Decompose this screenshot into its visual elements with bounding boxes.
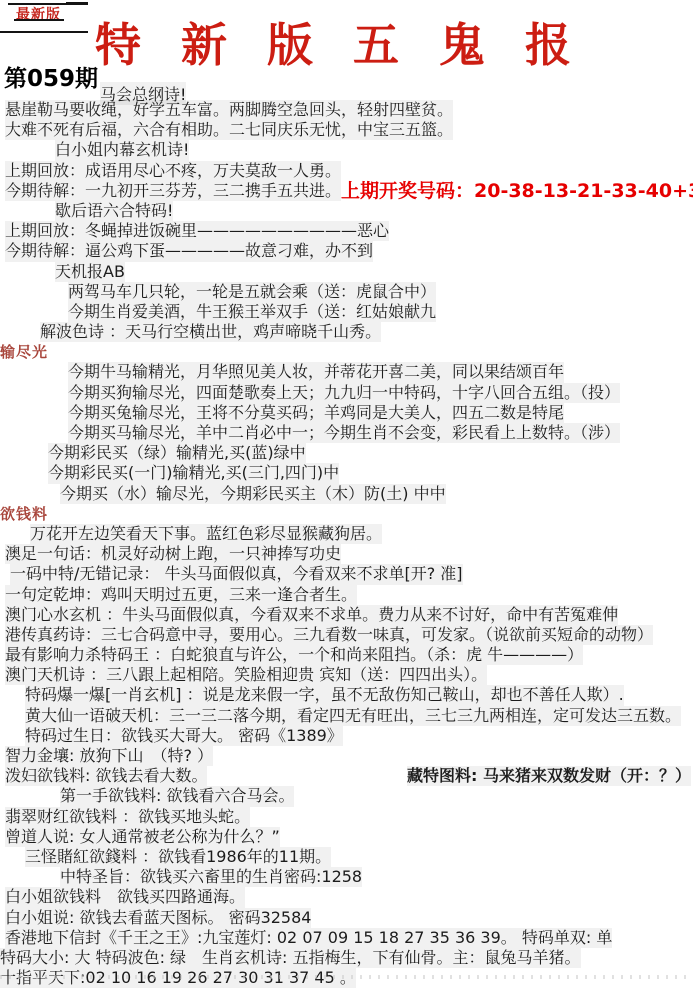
- line-text: 欲钱料: [0, 504, 48, 524]
- line-text: 今期彩民买(一门)输精光,买(三门,四门)中: [48, 463, 339, 483]
- text-line: 翡翠财红欲钱料 ：欲钱买地头蛇。: [0, 807, 693, 827]
- text-line: 特码过生日：欲钱买大哥大。 密码《1389》: [0, 726, 693, 746]
- line-text: 今期买狗输尽光，四面楚歌奏上天；九九归一中特码，十字八回合五组。（投）: [68, 383, 620, 403]
- line-text: 一句定乾坤：鸡叫天明过五更，三来一逢合者生。: [5, 585, 357, 605]
- text-line: 白小姐说: 欲钱去看蓝天图标。 密码32584: [0, 908, 693, 928]
- line-text: 一码中特/无错记录： 牛头马面假似真，今看双来不求单[开? 准]: [10, 564, 463, 584]
- line-text: 特码爆一爆[一肖玄机] ：说是龙来假一字，虽不无敌伤知己鞍山，却也不善任人欺）.: [25, 685, 624, 705]
- line-text: 今期买马输尽光，羊中二肖必中一；今期生肖不会变，彩民看上上数特。（涉）: [68, 423, 620, 443]
- text-line: 今期待解：逼公鸡下蛋—————故意刁难，办不到: [0, 241, 693, 261]
- section-label-shujinguang: 输尽光: [0, 342, 693, 362]
- line-text: 黄大仙一语破天机：三一三二落今期，看定四无有旺出，三七三九两相连，定可发达三五数…: [25, 706, 681, 726]
- edition-label: 最新版: [16, 4, 61, 24]
- text-line: 今期彩民买（绿）输精光,买(蓝)绿中: [0, 443, 693, 463]
- content-body: 悬崖勒马要收绳，好学五车富。两脚腾空急回头，轻射四壁贫。 大难不死有后福，六合有…: [0, 100, 693, 988]
- line-text: 今期买兔输尽光，王将不分莫买码；羊鸡同是大美人，四五二数是特尾: [68, 403, 564, 423]
- line-text: 特码过生日：欲钱买大哥大。 密码《1389》: [25, 726, 343, 746]
- text-line: 一句定乾坤：鸡叫天明过五更，三来一逢合者生。: [0, 585, 693, 605]
- line-text: 上期回放：冬蝇掉进饭碗里——————————恶心: [5, 221, 389, 241]
- text-line: 今期彩民买(一门)输精光,买(三门,四门)中: [0, 463, 693, 483]
- text-line: 上期回放：冬蝇掉进饭碗里——————————恶心: [0, 221, 693, 241]
- section-label-yuqianliao: 欲钱料: [0, 504, 693, 524]
- text-line: 特码大小: 大 特码波色: 绿 生肖玄机诗: 五指梅生，下有仙骨。主：鼠兔马羊猪…: [0, 948, 693, 968]
- text-line: 最有影响力杀特码王 ：白蛇狼直与许公，一个和尚来阻挡。（杀：虎 牛————）: [0, 645, 693, 665]
- text-line: 白小姐内幕玄机诗!: [0, 140, 693, 160]
- text-line: 澳足一句话：机灵好动树上跑，一只神捧写功史: [0, 544, 693, 564]
- text-line: 白小姐欲钱料 欲钱买四路通海。: [0, 887, 693, 907]
- line-text: 智力金壤: 放狗下山 （特? ）: [5, 746, 213, 766]
- text-line: 今期买马输尽光，羊中二肖必中一；今期生肖不会变，彩民看上上数特。（涉）: [0, 423, 693, 443]
- line-text: 歇后语六合特码!: [55, 201, 173, 221]
- text-line: 今期生肖爱美酒，牛王猴王举双手（送：红姑娘献九: [0, 302, 693, 322]
- text-line: 两驾马车几只轮，一轮是五就会乘（送：虎鼠合中）: [0, 282, 693, 302]
- text-line: 今期买兔输尽光，王将不分莫买码；羊鸡同是大美人，四五二数是特尾: [0, 403, 693, 423]
- masthead: 最新版 特新版五鬼报 第059期 马会总纲诗!: [0, 0, 693, 100]
- line-text: 最有影响力杀特码王 ：白蛇狼直与许公，一个和尚来阻挡。（杀：虎 牛————）: [5, 645, 583, 665]
- line-text: 第一手欲钱料: 欲钱看六合马会。: [60, 786, 294, 806]
- text-line: 香港地下信封《千王之王》:九宝莲灯: 02 07 09 15 18 27 35 …: [0, 928, 693, 948]
- line-text: 中特圣旨：欲钱买六畜里的生肖密码:1258: [60, 867, 362, 887]
- line-text: 解波色诗 ：天马行空横出世，鸡声啼晓千山秀。: [40, 322, 381, 342]
- scan-artifact-strip: [0, 975, 693, 979]
- text-line: 今期牛马输精光，月华照见美人妆，并蒂花开喜二美，同以果结颂百年: [0, 362, 693, 382]
- text-line: 黄大仙一语破天机：三一三二落今期，看定四无有旺出，三七三九两相连，定可发达三五数…: [0, 706, 693, 726]
- text-line: 今期待解：一九初开三芬芳，三二携手五共进。 上期开奖号码：20-38-13-21…: [0, 181, 693, 201]
- text-line: 万花开左边笑看天下事。蓝红色彩尽显猴藏狗居。: [0, 524, 693, 544]
- line-text: 今期牛马输精光，月华照见美人妆，并蒂花开喜二美，同以果结颂百年: [68, 362, 564, 382]
- text-line: 特码爆一爆[一肖玄机] ：说是龙来假一字，虽不无敌伤知己鞍山，却也不善任人欺）.: [0, 685, 693, 705]
- line-text: 今期彩民买（绿）输精光,买(蓝)绿中: [48, 443, 306, 463]
- text-line: 澳门天机诗 ：三八跟上起相陪。笑脸相迎贵 宾知（送：四四出头）。: [0, 665, 693, 685]
- text-line: 泼妇欲钱料: 欲钱去看大数。 藏特图料: 马来猪来双数发财（开：？）: [0, 766, 693, 786]
- text-line: 曾道人说: 女人通常被老公称为什么？”: [0, 827, 693, 847]
- line-text: 今期生肖爱美酒，牛王猴王举双手（送：红姑娘献九: [68, 302, 436, 322]
- text-line: 今期买（水）输尽光，今期彩民买主（木）防(土) 中中: [0, 484, 693, 504]
- text-line: 今期买狗输尽光，四面楚歌奏上天；九九归一中特码，十字八回合五组。（投）: [0, 383, 693, 403]
- divider-line: [14, 19, 64, 21]
- line-text: 悬崖勒马要收绳，好学五车富。两脚腾空急回头，轻射四壁贫。: [5, 100, 453, 120]
- line-text: 今期买（水）输尽光，今期彩民买主（木）防(土) 中中: [60, 484, 446, 504]
- line-text: 今期待解：逼公鸡下蛋—————故意刁难，办不到: [5, 241, 373, 261]
- line-text: 澳足一句话：机灵好动树上跑，一只神捧写功史: [5, 544, 341, 564]
- line-text: 今期待解：一九初开三芬芳，三二携手五共进。: [5, 181, 341, 201]
- line-text: 白小姐说: 欲钱去看蓝天图标。 密码32584: [5, 908, 311, 928]
- text-line: 解波色诗 ：天马行空横出世，鸡声啼晓千山秀。: [0, 322, 693, 342]
- hidden-chart-tip: 藏特图料: 马来猪来双数发财（开：？）: [407, 766, 691, 786]
- last-draw-numbers: 上期开奖号码：20-38-13-21-33-40+31: [341, 181, 693, 201]
- line-text: 万花开左边笑看天下事。蓝红色彩尽显猴藏狗居。: [30, 524, 382, 544]
- line-text: 特码大小: 大 特码波色: 绿 生肖玄机诗: 五指梅生，下有仙骨。主：鼠兔马羊猪…: [0, 948, 581, 968]
- text-line: 三怪賭紅欲錢料 ：欲钱看1986年的11期。: [0, 847, 693, 867]
- divider-line: [0, 31, 88, 33]
- line-text: 两驾马车几只轮，一轮是五就会乘（送：虎鼠合中）: [68, 282, 436, 302]
- line-text: 澳门心水玄机 ：牛头马面假似真，今看双来不求单。费力从来不讨好，命中有苦冤难伸: [5, 605, 618, 625]
- text-line: 天机报AB: [0, 262, 693, 282]
- text-line: 港传真药诗：三七合码意中寻，要用心。三九看数一味真，可发家。（说欲前买短命的动物…: [0, 625, 693, 645]
- text-line: 歇后语六合特码!: [0, 201, 693, 221]
- line-text: 港传真药诗：三七合码意中寻，要用心。三九看数一味真，可发家。（说欲前买短命的动物…: [5, 625, 653, 645]
- text-line: 悬崖勒马要收绳，好学五车富。两脚腾空急回头，轻射四壁贫。: [0, 100, 693, 120]
- line-text: 三怪賭紅欲錢料 ：欲钱看1986年的11期。: [25, 847, 331, 867]
- line-text: 大难不死有后福，六合有相助。二七同庆乐无忧，中宝三五篮。: [5, 120, 453, 140]
- line-text: 泼妇欲钱料: 欲钱去看大数。: [5, 766, 207, 786]
- line-text: 澳门天机诗 ：三八跟上起相陪。笑脸相迎贵 宾知（送：四四出头）。: [5, 665, 487, 685]
- divider-line: [66, 2, 88, 4]
- text-line: 大难不死有后福，六合有相助。二七同庆乐无忧，中宝三五篮。: [0, 120, 693, 140]
- page-title: 特新版五鬼报: [95, 20, 611, 71]
- line-text: 白小姐欲钱料 欲钱买四路通海。: [5, 887, 245, 907]
- line-text: 曾道人说: 女人通常被老公称为什么？”: [5, 827, 280, 847]
- text-line: 一码中特/无错记录： 牛头马面假似真，今看双来不求单[开? 准]: [0, 564, 693, 584]
- text-line: 澳门心水玄机 ：牛头马面假似真，今看双来不求单。费力从来不讨好，命中有苦冤难伸: [0, 605, 693, 625]
- line-text: 翡翠财红欲钱料 ：欲钱买地头蛇。: [5, 807, 250, 827]
- text-line: 智力金壤: 放狗下山 （特? ）: [0, 746, 693, 766]
- text-line: 上期回放：成语用尽心不疼，万夫莫敌一人勇。: [0, 161, 693, 181]
- line-text: 香港地下信封《千王之王》:九宝莲灯: 02 07 09 15 18 27 35 …: [5, 928, 612, 948]
- line-text: 输尽光: [0, 342, 48, 362]
- line-text: 白小姐内幕玄机诗!: [55, 140, 189, 160]
- text-line: 第一手欲钱料: 欲钱看六合马会。: [0, 786, 693, 806]
- line-text: 上期回放：成语用尽心不疼，万夫莫敌一人勇。: [5, 161, 341, 181]
- text-line: 中特圣旨：欲钱买六畜里的生肖密码:1258: [0, 867, 693, 887]
- issue-number: 第059期: [4, 60, 98, 93]
- lottery-tip-sheet: 最新版 特新版五鬼报 第059期 马会总纲诗! 悬崖勒马要收绳，好学五车富。两脚…: [0, 0, 693, 997]
- line-text: 天机报AB: [55, 262, 125, 282]
